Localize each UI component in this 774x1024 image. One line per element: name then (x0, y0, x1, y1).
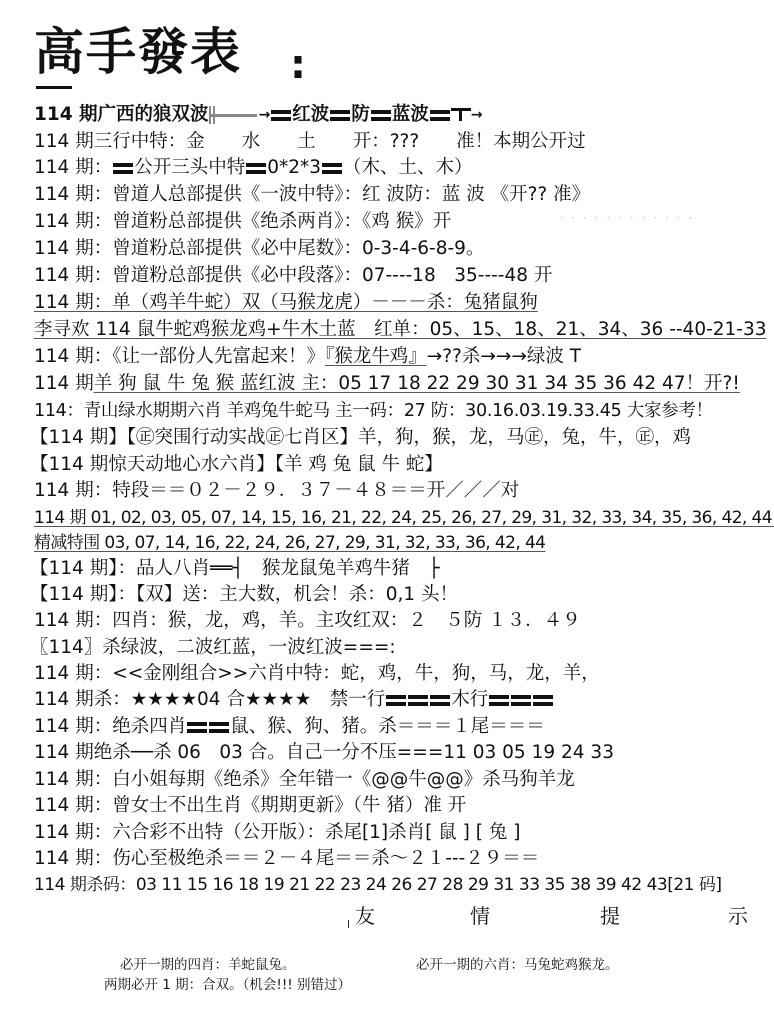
double-bar-icon (386, 695, 406, 706)
line-6: 114 期：曾道粉总部提供《必中尾数》：0-3-4-6-8-9。 (34, 236, 484, 262)
line-24-suffix: 鼠、猴、狗、猪。杀＝＝＝１尾＝＝＝ (230, 716, 545, 737)
double-bar-icon (330, 110, 350, 121)
line-18: 【114 期】：品人八肖══┤ 猴龙鼠兔羊鸡牛猪 ├ (30, 556, 440, 582)
double-bar-icon (430, 110, 450, 121)
footer-title-char: 友 (355, 900, 375, 929)
line-11-numbers: 羊 狗 鼠 牛 兔 猴 蓝红波 主：05 17 18 22 29 30 31 3… (94, 373, 740, 394)
line-13: 【114 期】【㊣突围行动实战㊣七肖区】羊，狗，猴，龙，马㊣，兔，牛，㊣，鸡 (30, 425, 691, 451)
line-26: 114 期：白小姐每期《绝杀》全年错一《@@牛@@》杀马狗羊龙 (34, 767, 575, 793)
line-10: 114 期：《让一部份人先富起来！》『猴龙牛鸡』→??杀→→→绿波 T (34, 344, 581, 370)
line-28: 114 期：六合彩不出特（公开版）：杀尾[1]杀肖[ 鼠 ] [ 兔 ] (34, 820, 520, 846)
line-14: 【114 期惊天动地心水六肖】【羊 鸡 兔 鼠 牛 蛇】 (30, 452, 443, 478)
line-5: 114 期：曾道粉总部提供《绝杀两肖》：《鸡 猴》开 (34, 209, 451, 235)
page-title: 高手發表 (34, 22, 242, 82)
double-bar-icon (209, 722, 229, 733)
arrow-icon: → (471, 102, 483, 128)
double-bar-icon (408, 695, 428, 706)
line-29: 114 期：伤心至极绝杀＝＝２－４尾＝＝杀～２１---２９＝＝ (34, 846, 539, 872)
footer-title-char: 情 (470, 900, 490, 929)
tick-mark (348, 920, 349, 928)
line-3-prefix: 114 期： (34, 157, 112, 178)
line-25: 114 期绝杀──杀 06 03 合。自己一分不压===11 03 05 19 … (34, 740, 614, 766)
title-colon: : (290, 42, 306, 88)
line-17: 精减特围 03, 07, 14, 16, 22, 24, 26, 27, 29,… (34, 530, 545, 556)
tee-icon (451, 108, 471, 123)
line-3-suffix: （木、土、木） (343, 157, 473, 178)
line-1: 114 期广西的狼双波→红波防蓝波→ (34, 102, 483, 128)
double-bar-icon (430, 695, 450, 706)
title-underline (36, 86, 72, 89)
line-27: 114 期：曾女士不出生肖《期期更新》（牛 猪）准 开 (34, 793, 466, 819)
double-bar-icon (511, 695, 531, 706)
double-bar-icon (246, 163, 266, 174)
faint-dots: · · · · · · · · · · · · (560, 214, 695, 224)
double-bar-icon (322, 163, 342, 174)
line-3: 114 期：公开三头中特0*2*3（木、土、木） (34, 155, 473, 181)
arrow-icon: → (259, 102, 271, 128)
line-10-zodiac: 『猴龙牛鸡』 (325, 346, 427, 367)
footer-title-char: 示 (728, 900, 748, 929)
blue-wave-label: 蓝波 (392, 104, 429, 125)
double-bar-icon (371, 110, 391, 121)
footer-title-char: 提 (600, 900, 620, 929)
double-bar-icon (187, 722, 207, 733)
line-8: 114 期：单（鸡羊牛蛇）双（马猴龙虎）－－－杀：兔猪鼠狗 (34, 290, 538, 316)
guard-label: 防 (351, 104, 370, 125)
line-21: 〖114〗杀绿波，二波红蓝，一波红波===: (30, 635, 396, 661)
line-12: 114：青山绿水期期六肖 羊鸡兔牛蛇马 主一码：27 防：30.16.03.19… (34, 398, 713, 424)
arrow-icon (211, 114, 257, 117)
line-22: 114 期：<<金刚组合>>六肖中特：蛇，鸡，牛，狗，马，龙，羊， (34, 661, 600, 687)
line-15: 114 期：特段＝＝０２－２９．３７－４８＝＝开／／／对 (34, 478, 519, 504)
double-bar-icon (489, 695, 509, 706)
double-bar-icon (533, 695, 553, 706)
line-30: 114 期杀码：03 11 15 16 18 19 21 22 23 24 26… (34, 872, 722, 898)
line-10-prefix: 114 期：《让一部份人先富起来！》 (34, 346, 325, 367)
line-11-prefix: 114 期 (34, 373, 94, 394)
line-10-suffix: →??杀→→→绿波 T (427, 346, 581, 367)
line-24: 114 期：绝杀四肖鼠、猴、狗、猪。杀＝＝＝１尾＝＝＝ (34, 714, 545, 740)
double-bar-icon (271, 110, 291, 121)
page-title-text: 高手發表 (34, 23, 242, 81)
line-9: 李寻欢 114 鼠牛蛇鸡猴龙鸡+牛木土蓝 红单：05、15、18、21、34、3… (34, 317, 767, 343)
line-23-prefix: 114 期杀：★★★★04 合★★★★ 禁一行 (34, 689, 385, 710)
footer-note-six-zodiac: 必开一期的六肖：马兔蛇鸡猴龙。 (416, 956, 619, 974)
line-23: 114 期杀：★★★★04 合★★★★ 禁一行木行 (34, 687, 554, 713)
line-23-label: 木行 (451, 689, 488, 710)
line-3-label: 公开三头中特 (134, 157, 245, 178)
double-bar-icon (113, 163, 133, 174)
line-4: 114 期：曾道人总部提供《一波中特》：红 波防：蓝 波 《开?? 准》 (34, 182, 590, 208)
red-wave-label: 红波 (292, 104, 329, 125)
line-20: 114 期：四肖：猴，龙，鸡，羊。主攻红双：２ ５防 １３．４９ (34, 608, 581, 634)
line-2: 114 期三行中特：金 水 土 开：??? 准！本期公开过 (34, 129, 586, 155)
line-24-prefix: 114 期：绝杀四肖 (34, 716, 186, 737)
footer-note-four-zodiac: 必开一期的四肖：羊蛇鼠兔。 (120, 956, 296, 974)
line-1-text: 114 期广西的狼双波 (34, 104, 209, 125)
line-7: 114 期：曾道粉总部提供《必中段落》：07----18 35----48 开 (34, 263, 552, 289)
line-16: 114 期 01, 02, 03, 05, 07, 14, 15, 16, 21… (34, 505, 774, 531)
footer-note-two-periods: 两期必开 1 期：合双。（机会!!! 别错过） (104, 976, 351, 994)
line-3-numbers: 0*2*3 (267, 157, 321, 178)
line-11: 114 期羊 狗 鼠 牛 兔 猴 蓝红波 主：05 17 18 22 29 30… (34, 371, 740, 397)
line-19: 【114 期】：【双】送：主大数，机会！杀：0,1 头！ (30, 582, 458, 608)
